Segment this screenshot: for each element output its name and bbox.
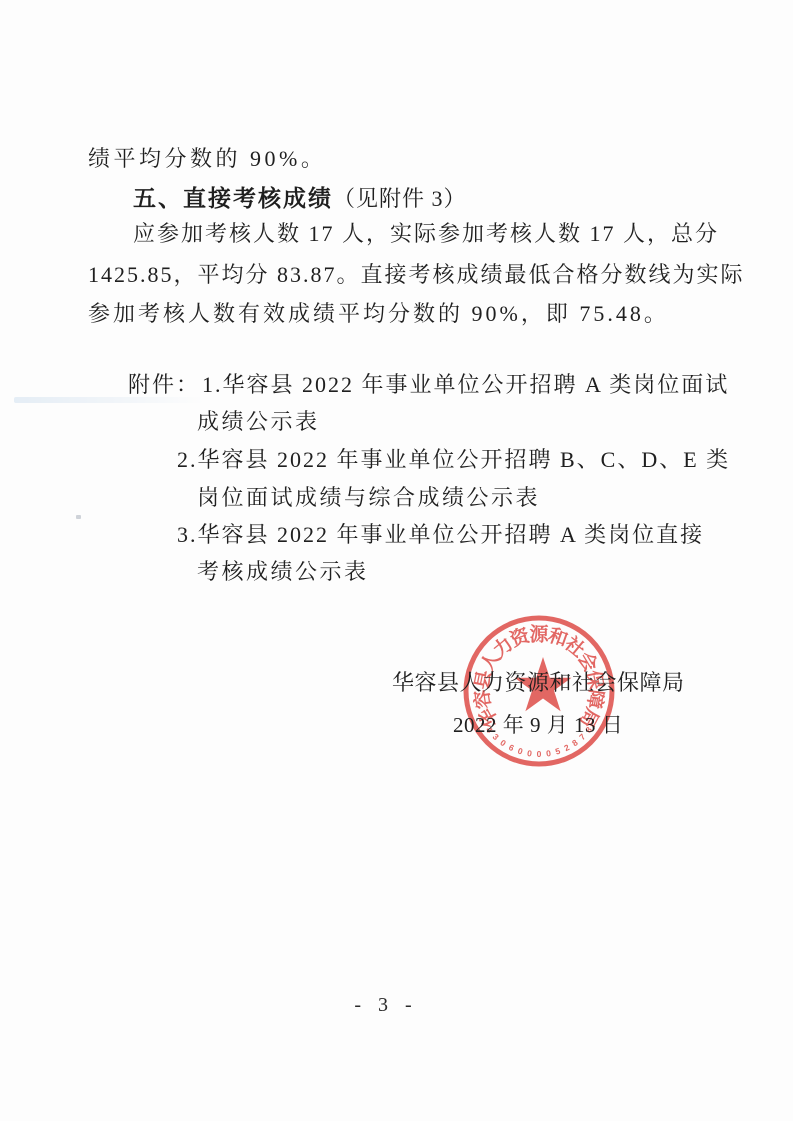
paragraph-line-3: 参加考核人数有效成绩平均分数的 90%，即 75.48。	[88, 300, 669, 328]
svg-text:0: 0	[498, 737, 508, 748]
section-heading-title: 五、直接考核成绩	[133, 185, 333, 211]
scan-artifact-speck	[76, 515, 81, 519]
paragraph-line-2: 1425.85，平均分 83.87。直接考核成绩最低合格分数线为实际	[88, 261, 745, 289]
attachment-item-2-line-1: 2.华容县 2022 年事业单位公开招聘 B、C、D、E 类	[177, 446, 730, 474]
paragraph-line-1: 应参加考核人数 17 人，实际参加考核人数 17 人，总分	[133, 220, 719, 248]
svg-text:5: 5	[554, 746, 562, 757]
attachment-item-1-line-2: 成绩公示表	[197, 408, 320, 436]
attachment-item-1-line-1: 附件：1.华容县 2022 年事业单位公开招聘 A 类岗位面试	[128, 371, 729, 399]
attachment-item-1-text: 1.华容县 2022 年事业单位公开招聘 A 类岗位面试	[202, 372, 729, 397]
svg-text:0: 0	[516, 746, 524, 757]
attachment-item-3-line-1: 3.华容县 2022 年事业单位公开招聘 A 类岗位直接	[177, 521, 704, 549]
section-heading-note: （见附件 3）	[333, 186, 467, 211]
signature-org-name: 华容县人力资源和社会保障局	[392, 669, 685, 697]
attachment-item-2-line-2: 岗位面试成绩与综合成绩公示表	[197, 484, 540, 512]
body-line-continuation: 绩平均分数的 90%。	[88, 145, 326, 173]
svg-text:0: 0	[545, 748, 551, 759]
svg-text:2: 2	[562, 742, 571, 753]
svg-text:6: 6	[507, 742, 516, 753]
attachments-label: 附件：	[128, 372, 200, 397]
section-heading: 五、直接考核成绩（见附件 3）	[133, 184, 467, 212]
signature-date: 2022 年 9 月 13 日	[453, 711, 623, 739]
page-number: - 3 -	[330, 994, 442, 1017]
svg-text:0: 0	[526, 748, 532, 759]
document-page: 绩平均分数的 90%。 五、直接考核成绩（见附件 3） 应参加考核人数 17 人…	[0, 0, 793, 1121]
svg-text:0: 0	[537, 749, 542, 759]
attachment-item-3-line-2: 考核成绩公示表	[197, 558, 369, 586]
